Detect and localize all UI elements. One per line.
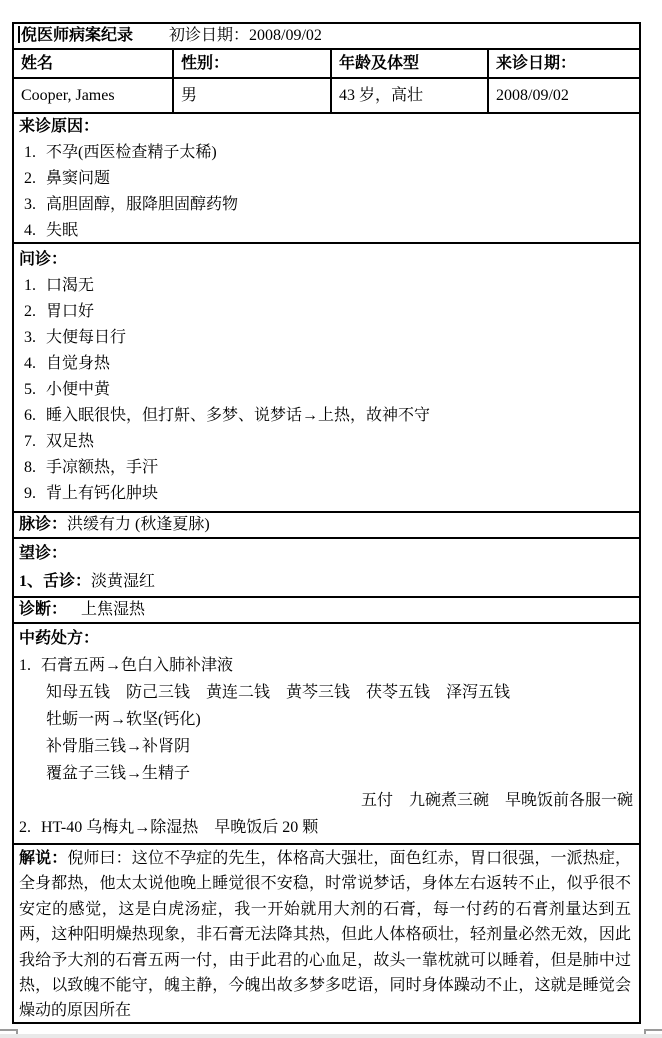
tongue-diagnosis-line: 1、舌诊：淡黄湿红 [19,568,639,596]
item-text: 睡入眠很快，但打鼾、多梦、说梦话→上热，故神不守 [46,403,639,429]
list-item: 8. 手凉额热，手汗 [19,455,639,481]
item-number: 2. [14,814,41,841]
list-item: 5. 小便中黄 [19,377,639,403]
item-number: 4. [19,351,46,377]
herb-line: 补骨脂三钱→补肾阴 [14,733,639,760]
item-text: 自觉身热 [46,351,639,377]
item-text: HT-40 乌梅丸→除湿热 早晚饭后 20 颗 [41,814,318,841]
document-page[interactable]: 倪医师病案纪录初诊日期：2008/09/02 姓名 性别： 年龄及体型 来诊日期… [0,0,662,1038]
visit-reasons-section: 来诊原因： 1. 不孕(西医检查精子太稀) 2. 鼻窦问题 3. 高胆固醇，服降… [14,112,639,242]
tongue-value: 淡黄湿红 [91,573,155,590]
diagnosis-row: 诊断：上焦湿热 [14,596,639,622]
item-text: 不孕(西医检查精子太稀) [46,140,639,166]
explanation-section: 解说：倪师曰：这位不孕症的先生，体格高大强壮，面色红赤，胃口很强，一派热症，全身… [14,843,639,1022]
item-text: 手凉额热，手汗 [46,455,639,481]
pulse-diagnosis-row: 脉诊：洪缓有力 (秋逢夏脉) [14,511,639,537]
patient-header-row: 姓名 性别： 年龄及体型 来诊日期： [14,48,639,77]
explanation-text: 倪师曰：这位不孕症的先生，体格高大强壮，面色红赤，胃口很强，一派热症，全身都热，… [19,850,631,1019]
pulse-label: 脉诊： [19,516,67,533]
list-item: 1. 不孕(西医检查精子太稀) [19,140,639,166]
prescription-item: 1. 石膏五两→色白入肺补津液 [14,652,639,679]
item-text: 小便中黄 [46,377,639,403]
inquiry-heading: 问诊： [19,247,639,273]
prescription-section: 中药处方： 1. 石膏五两→色白入肺补津液 知母五钱 防己三钱 黄连二钱 黄芩三… [14,622,639,843]
list-item: 6. 睡入眠很快，但打鼾、多梦、说梦话→上热，故神不守 [19,403,639,429]
name-value-cell: Cooper, James [14,79,174,112]
item-text: 胃口好 [46,299,639,325]
first-visit-date-value: 2008/09/02 [249,27,322,44]
item-text: 口渴无 [46,273,639,299]
item-text: 大便每日行 [46,325,639,351]
list-item: 3. 大便每日行 [19,325,639,351]
herb-line: 覆盆子三钱→生精子 [14,760,639,787]
list-item: 2. 胃口好 [19,299,639,325]
item-number: 2. [19,299,46,325]
age-body-value-cell: 43 岁，高壮 [332,79,489,112]
herb-line: 牡蛎一两→软坚(钙化) [14,706,639,733]
dosage-instructions: 五付 九碗煮三碗 早晚饭前各服一碗 [14,787,639,814]
item-number: 8. [19,455,46,481]
diagnosis-value: 上焦湿热 [81,601,145,618]
age-body-header-cell: 年龄及体型 [332,50,489,77]
item-number: 3. [19,192,46,218]
page-margin-mark-left [0,1029,17,1031]
page-title: 倪医师病案纪录 [21,27,133,44]
page-edge-strip [0,1034,662,1038]
list-item: 4. 失眠 [19,218,639,242]
page-margin-mark-right [645,1029,662,1031]
observation-label: 望诊： [19,540,639,568]
gender-header-cell: 性别： [174,50,332,77]
visit-reasons-heading: 来诊原因： [19,114,639,140]
item-text: 背上有钙化肿块 [46,481,639,507]
list-item: 4. 自觉身热 [19,351,639,377]
item-number: 1. [14,652,41,679]
list-item: 7. 双足热 [19,429,639,455]
first-visit-date-label: 初诊日期： [169,27,249,44]
prescription-item: 2. HT-40 乌梅丸→除湿热 早晚饭后 20 颗 [14,814,639,841]
pulse-value: 洪缓有力 (秋逢夏脉) [67,516,210,533]
visit-date-header-cell: 来诊日期： [489,50,639,77]
item-number: 1. [19,273,46,299]
item-text: 鼻窦问题 [46,166,639,192]
explanation-paragraph: 解说：倪师曰：这位不孕症的先生，体格高大强壮，面色红赤，胃口很强，一派热症，全身… [19,846,631,1022]
list-item: 2. 鼻窦问题 [19,166,639,192]
item-text: 双足热 [46,429,639,455]
diagnosis-label: 诊断： [19,601,67,618]
item-number: 7. [19,429,46,455]
name-header-cell: 姓名 [14,50,174,77]
case-record-table: 倪医师病案纪录初诊日期：2008/09/02 姓名 性别： 年龄及体型 来诊日期… [12,22,641,1024]
item-number: 9. [19,481,46,507]
item-number: 3. [19,325,46,351]
item-number: 5. [19,377,46,403]
list-item: 3. 高胆固醇，服降胆固醇药物 [19,192,639,218]
list-item: 1. 口渴无 [19,273,639,299]
item-number: 1. [19,140,46,166]
prescription-heading: 中药处方： [14,626,639,652]
item-number: 6. [19,403,46,429]
inquiry-section: 问诊： 1. 口渴无 2. 胃口好 3. 大便每日行 4. 自觉身热 5. 小便… [14,242,639,511]
item-number: 2. [19,166,46,192]
list-item: 9. 背上有钙化肿块 [19,481,639,507]
patient-values-row: Cooper, James 男 43 岁，高壮 2008/09/02 [14,77,639,112]
explanation-label: 解说： [19,850,67,867]
item-text: 高胆固醇，服降胆固醇药物 [46,192,639,218]
herb-list-line: 知母五钱 防己三钱 黄连二钱 黄芩三钱 茯苓五钱 泽泻五钱 [14,679,639,706]
title-row: 倪医师病案纪录初诊日期：2008/09/02 [14,24,639,48]
item-text: 失眠 [46,218,639,242]
visit-date-value-cell: 2008/09/02 [489,79,639,112]
item-number: 4. [19,218,46,242]
tongue-label: 1、舌诊： [19,573,91,590]
text-cursor [18,26,20,43]
item-text: 石膏五两→色白入肺补津液 [41,652,233,679]
observation-section: 望诊： 1、舌诊：淡黄湿红 [14,537,639,596]
gender-value-cell: 男 [174,79,332,112]
